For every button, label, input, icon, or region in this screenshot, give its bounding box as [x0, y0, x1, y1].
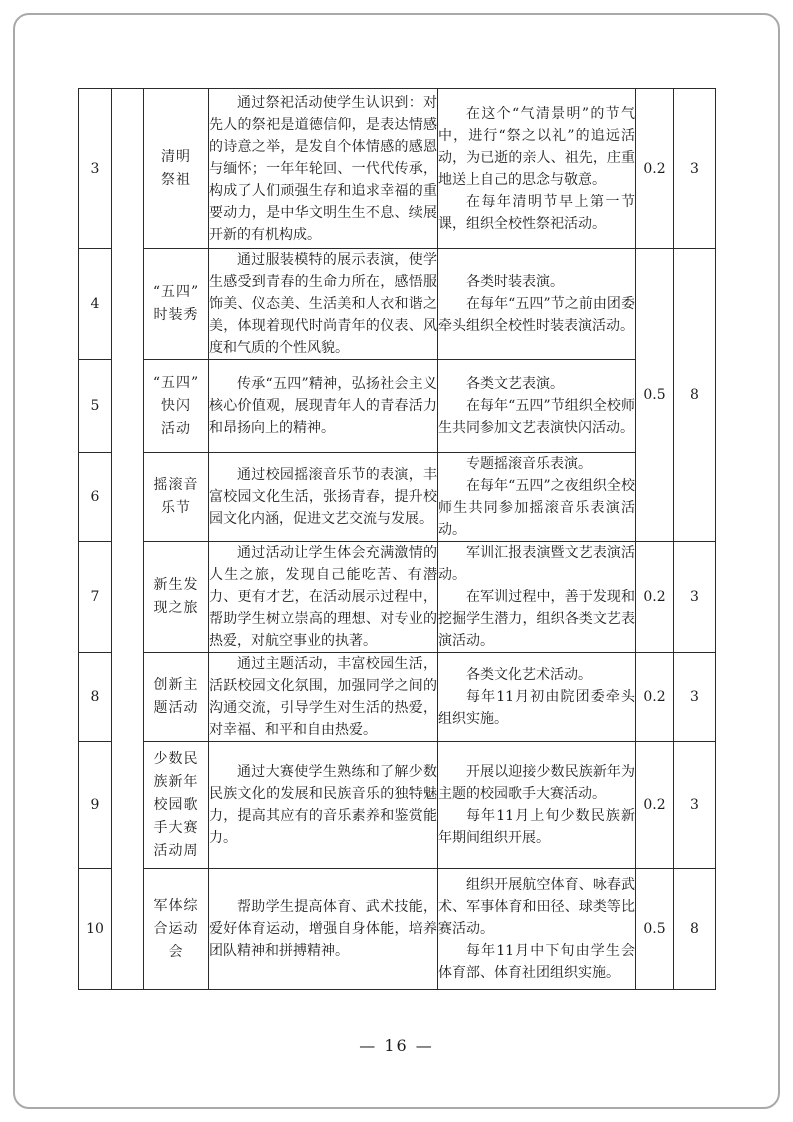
row-number-cell: 4 [79, 249, 112, 360]
purpose-text: 通过大赛使学生熟练和了解少数民族文化的发展和民族音乐的独特魅力，提高其应有的音乐… [209, 761, 437, 849]
table-row: 8 创新主 题活动 通过主题活动，丰富校园生活，活跃校园文化氛围，加强同学之间的… [79, 653, 716, 742]
activity-name-cell: “五四” 时装秀 [144, 249, 209, 360]
purpose-text: 通过活动让学生体会充满激情的人生之旅，发现自己能吃苦、有潜力、更有才艺，在活动展… [209, 542, 437, 652]
purpose-cell: 通过服装模特的展示表演，使学生感受到青春的生命力所在，感悟服饰美、仪态美、生活美… [209, 249, 438, 360]
table-row: 6 摇滚音 乐节 通过校园摇滚音乐节的表演，丰富校园文化生活，张扬青春，提升校园… [79, 453, 716, 542]
hours-cell: 3 [674, 89, 716, 249]
credit-cell: 0.5 [636, 869, 674, 990]
purpose-text: 通过主题活动，丰富校园生活，活跃校园文化氛围，加强同学之间的沟通交流，引导学生对… [209, 653, 437, 741]
credit-cell: 0.2 [636, 89, 674, 249]
hours-cell-merged: 8 [674, 249, 716, 542]
implementation-text: 组织开展航空体育、咏春武术、军事体育和田径、球类等比赛活动。 [438, 874, 635, 940]
credit-cell: 0.2 [636, 653, 674, 742]
implementation-text: 各类时装表演。 [438, 271, 635, 293]
implementation-cell: 各类时装表演。 在每年“五四”节之前由团委牵头组织全校性时装表演活动。 [438, 249, 636, 360]
implementation-text: 每年11月中下旬由学生会体育部、体育社团组织实施。 [438, 940, 635, 984]
purpose-text: 通过服装模特的展示表演，使学生感受到青春的生命力所在，感悟服饰美、仪态美、生活美… [209, 249, 437, 359]
purpose-cell: 传承“五四”精神，弘扬社会主义核心价值观，展现青年人的青春活力和昂扬向上的精神。 [209, 360, 438, 453]
table-row: 3 清明 祭祖 通过祭祀活动使学生认识到：对先人的祭祀是道德信仰，是表达情感的诗… [79, 89, 716, 249]
purpose-cell: 通过校园摇滚音乐节的表演，丰富校园文化生活，张扬青春，提升校园文化内涵，促进文艺… [209, 453, 438, 542]
page-number: — 16 — [0, 1036, 793, 1055]
credit-cell-merged: 0.5 [636, 249, 674, 542]
implementation-cell: 开展以迎接少数民族新年为主题的校园歌手大赛活动。 每年11月上旬少数民族新年期间… [438, 742, 636, 869]
purpose-text: 通过校园摇滚音乐节的表演，丰富校园文化生活，张扬青春，提升校园文化内涵，促进文艺… [209, 464, 437, 530]
activity-name-cell: 新生发 现之旅 [144, 542, 209, 653]
activities-table: 3 清明 祭祖 通过祭祀活动使学生认识到：对先人的祭祀是道德信仰，是表达情感的诗… [78, 88, 716, 990]
implementation-cell: 在这个“气清景明”的节气中，进行“祭之以礼”的追远活动，为已逝的亲人、祖先，庄重… [438, 89, 636, 249]
implementation-text: 在军训过程中，善于发现和挖掘学生潜力，组织各类文艺表演活动。 [438, 586, 635, 652]
row-number-cell: 9 [79, 742, 112, 869]
purpose-cell: 通过活动让学生体会充满激情的人生之旅，发现自己能吃苦、有潜力、更有才艺，在活动展… [209, 542, 438, 653]
implementation-text: 每年11月初由院团委牵头组织实施。 [438, 686, 635, 730]
activity-name-cell: “五四” 快闪 活动 [144, 360, 209, 453]
hours-cell: 3 [674, 742, 716, 869]
credit-cell: 0.2 [636, 542, 674, 653]
implementation-cell: 各类文艺表演。 在每年“五四”节组织全校师生共同参加文艺表演快闪活动。 [438, 360, 636, 453]
hours-cell: 3 [674, 653, 716, 742]
credit-cell: 0.2 [636, 742, 674, 869]
purpose-cell: 通过祭祀活动使学生认识到：对先人的祭祀是道德信仰，是表达情感的诗意之举，是发自个… [209, 89, 438, 249]
implementation-text: 在这个“气清景明”的节气中，进行“祭之以礼”的追远活动，为已逝的亲人、祖先，庄重… [438, 103, 635, 191]
category-column-empty-cell [112, 89, 144, 990]
implementation-text: 在每年“五四”之夜组织全校师生共同参加摇滚音乐表演活动。 [438, 475, 635, 541]
implementation-text: 在每年清明节早上第一节课，组织全校性祭祀活动。 [438, 191, 635, 235]
hours-cell: 3 [674, 542, 716, 653]
purpose-text: 帮助学生提高体育、武术技能，爱好体育运动，增强自身体能，培养团队精神和拼搏精神。 [209, 896, 437, 962]
implementation-text: 在每年“五四”节之前由团委牵头组织全校性时装表演活动。 [438, 293, 635, 337]
table-row: 10 军体综 合运动 会 帮助学生提高体育、武术技能，爱好体育运动，增强自身体能… [79, 869, 716, 990]
row-number-cell: 6 [79, 453, 112, 542]
implementation-text: 开展以迎接少数民族新年为主题的校园歌手大赛活动。 [438, 761, 635, 805]
activity-name-cell: 摇滚音 乐节 [144, 453, 209, 542]
implementation-text: 每年11月上旬少数民族新年期间组织开展。 [438, 805, 635, 849]
hours-cell: 8 [674, 869, 716, 990]
document-page: 3 清明 祭祖 通过祭祀活动使学生认识到：对先人的祭祀是道德信仰，是表达情感的诗… [0, 0, 793, 1122]
activity-name-cell: 军体综 合运动 会 [144, 869, 209, 990]
row-number-cell: 5 [79, 360, 112, 453]
row-number-cell: 8 [79, 653, 112, 742]
implementation-cell: 专题摇滚音乐表演。 在每年“五四”之夜组织全校师生共同参加摇滚音乐表演活动。 [438, 453, 636, 542]
activity-name-cell: 清明 祭祖 [144, 89, 209, 249]
purpose-text: 传承“五四”精神，弘扬社会主义核心价值观，展现青年人的青春活力和昂扬向上的精神。 [209, 373, 437, 439]
purpose-text: 通过祭祀活动使学生认识到：对先人的祭祀是道德信仰，是表达情感的诗意之举，是发自个… [209, 92, 437, 246]
table-row: 9 少数民 族新年 校园歌 手大赛 活动周 通过大赛使学生熟练和了解少数民族文化… [79, 742, 716, 869]
implementation-cell: 组织开展航空体育、咏春武术、军事体育和田径、球类等比赛活动。 每年11月中下旬由… [438, 869, 636, 990]
table-row: 7 新生发 现之旅 通过活动让学生体会充满激情的人生之旅，发现自己能吃苦、有潜力… [79, 542, 716, 653]
table-row: 4 “五四” 时装秀 通过服装模特的展示表演，使学生感受到青春的生命力所在，感悟… [79, 249, 716, 360]
activity-name-cell: 创新主 题活动 [144, 653, 209, 742]
row-number-cell: 7 [79, 542, 112, 653]
table-row: 5 “五四” 快闪 活动 传承“五四”精神，弘扬社会主义核心价值观，展现青年人的… [79, 360, 716, 453]
row-number-cell: 10 [79, 869, 112, 990]
purpose-cell: 通过大赛使学生熟练和了解少数民族文化的发展和民族音乐的独特魅力，提高其应有的音乐… [209, 742, 438, 869]
row-number-cell: 3 [79, 89, 112, 249]
implementation-text: 各类文化艺术活动。 [438, 664, 635, 686]
implementation-text: 专题摇滚音乐表演。 [438, 453, 635, 475]
activity-name-cell: 少数民 族新年 校园歌 手大赛 活动周 [144, 742, 209, 869]
implementation-cell: 军训汇报表演暨文艺表演活动。 在军训过程中，善于发现和挖掘学生潜力，组织各类文艺… [438, 542, 636, 653]
implementation-text: 军训汇报表演暨文艺表演活动。 [438, 542, 635, 586]
purpose-cell: 通过主题活动，丰富校园生活，活跃校园文化氛围，加强同学之间的沟通交流，引导学生对… [209, 653, 438, 742]
implementation-cell: 各类文化艺术活动。 每年11月初由院团委牵头组织实施。 [438, 653, 636, 742]
purpose-cell: 帮助学生提高体育、武术技能，爱好体育运动，增强自身体能，培养团队精神和拼搏精神。 [209, 869, 438, 990]
implementation-text: 在每年“五四”节组织全校师生共同参加文艺表演快闪活动。 [438, 395, 635, 439]
implementation-text: 各类文艺表演。 [438, 373, 635, 395]
